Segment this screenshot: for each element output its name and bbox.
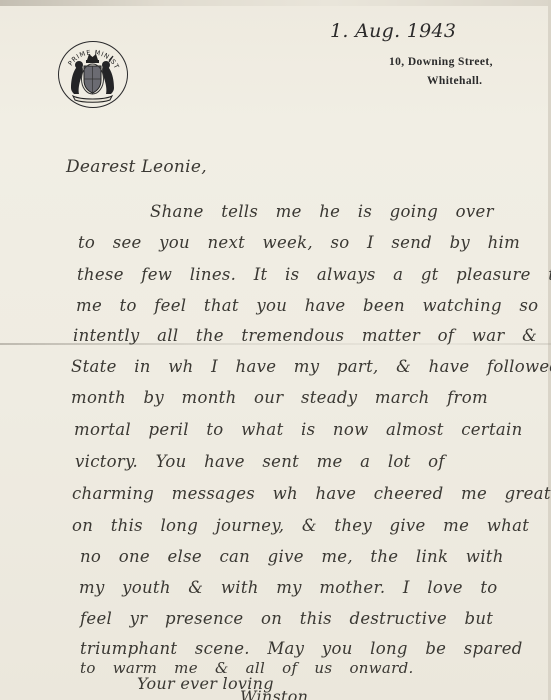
paper-top-edge (0, 0, 551, 6)
body-line: on this long journey, & they give me wha… (72, 516, 529, 535)
body-line: victory. You have sent me a lot of (75, 452, 445, 471)
body-line: month by month our steady march from (71, 388, 488, 407)
letter-date: 1. Aug. 1943 (330, 20, 456, 42)
address-line-2: Whitehall. (427, 75, 482, 87)
body-line: to see you next week, so I send by him (78, 233, 520, 252)
body-line: Shane tells me he is going over (150, 202, 494, 221)
body-line: feel yr presence on this destructive but (80, 609, 493, 628)
address-line-1: 10, Downing Street, (389, 56, 493, 68)
body-line: State in wh I have my part, & have follo… (71, 357, 551, 376)
letter-page: PRIME MINISTER 1. Aug. 1943 10, Downing … (0, 0, 551, 700)
royal-crest-icon: PRIME MINISTER (58, 41, 128, 108)
body-line: these few lines. It is always a gt pleas… (77, 265, 551, 284)
body-line: my youth & with my mother. I love to (79, 578, 497, 597)
body-line: charming messages wh have cheered me gre… (72, 484, 551, 503)
body-line: me to feel that you have been watching s… (76, 296, 538, 315)
body-line: mortal peril to what is now almost certa… (74, 420, 523, 439)
salutation: Dearest Leonie, (66, 157, 207, 177)
body-line: intently all the tremendous matter of wa… (73, 326, 537, 345)
body-line: triumphant scene. May you long be spared (80, 639, 523, 658)
signature: Winston (240, 687, 308, 700)
body-line: no one else can give me, the link with (80, 547, 504, 566)
